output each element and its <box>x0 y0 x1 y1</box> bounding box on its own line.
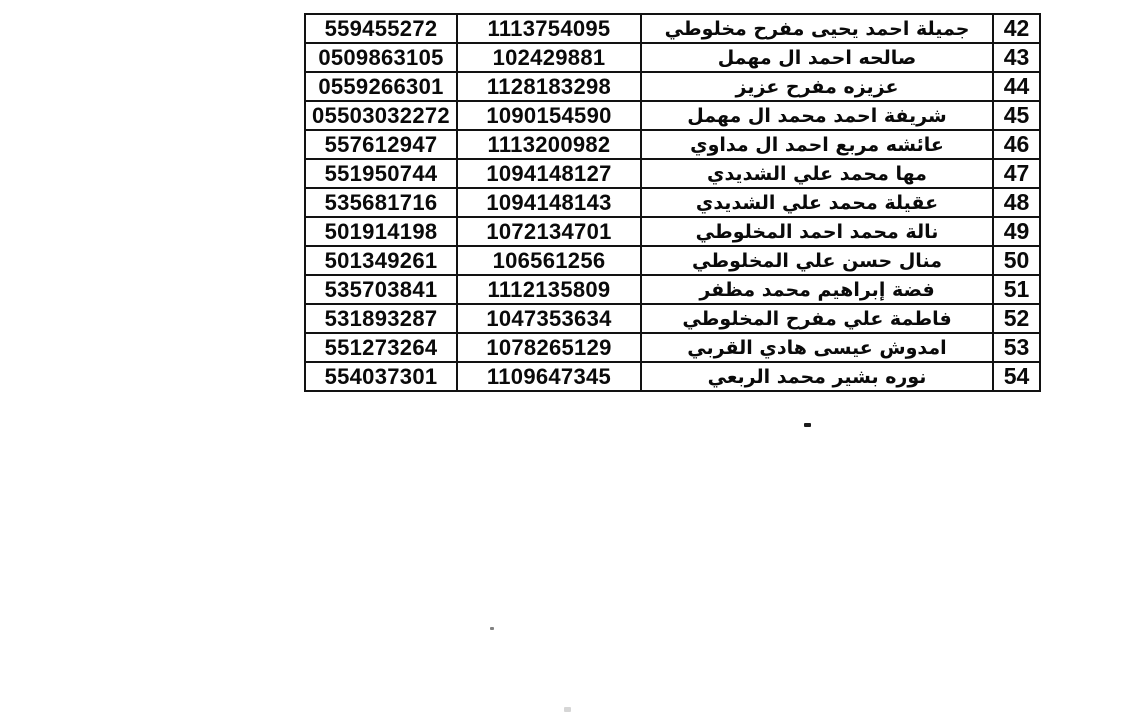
row-number-cell: 47 <box>993 159 1040 188</box>
national-id-cell: 1094148127 <box>457 159 641 188</box>
scan-artifact-speck <box>490 627 494 630</box>
name-cell: نالة محمد احمد المخلوطي <box>641 217 993 246</box>
phone-cell: 559455272 <box>305 14 457 43</box>
name-cell: عزيزه مفرح عزيز <box>641 72 993 101</box>
national-id-cell: 1113200982 <box>457 130 641 159</box>
phone-cell: 05503032272 <box>305 101 457 130</box>
national-id-cell: 1112135809 <box>457 275 641 304</box>
name-cell: فاطمة علي مفرح المخلوطي <box>641 304 993 333</box>
phone-cell: 535703841 <box>305 275 457 304</box>
name-cell: امدوش عيسى هادي القربي <box>641 333 993 362</box>
table-row: 501349261106561256منال حسن علي المخلوطي5… <box>305 246 1040 275</box>
row-number-cell: 46 <box>993 130 1040 159</box>
national-id-cell: 1128183298 <box>457 72 641 101</box>
name-cell: مها محمد علي الشديدي <box>641 159 993 188</box>
table-row: 5318932871047353634فاطمة علي مفرح المخلو… <box>305 304 1040 333</box>
phone-cell: 551950744 <box>305 159 457 188</box>
records-table-body: 5594552721113754095جميلة احمد يحيى مفرح … <box>305 14 1040 391</box>
name-cell: منال حسن علي المخلوطي <box>641 246 993 275</box>
row-number-cell: 45 <box>993 101 1040 130</box>
row-number-cell: 49 <box>993 217 1040 246</box>
national-id-cell: 1113754095 <box>457 14 641 43</box>
phone-cell: 501914198 <box>305 217 457 246</box>
phone-cell: 557612947 <box>305 130 457 159</box>
national-id-cell: 1078265129 <box>457 333 641 362</box>
table-row: 5512732641078265129امدوش عيسى هادي القرب… <box>305 333 1040 362</box>
scan-artifact-dot <box>804 423 811 427</box>
records-table: 5594552721113754095جميلة احمد يحيى مفرح … <box>304 13 1041 392</box>
phone-cell: 554037301 <box>305 362 457 391</box>
national-id-cell: 1109647345 <box>457 362 641 391</box>
row-number-cell: 50 <box>993 246 1040 275</box>
name-cell: نوره بشير محمد الربعي <box>641 362 993 391</box>
phone-cell: 535681716 <box>305 188 457 217</box>
national-id-cell: 1047353634 <box>457 304 641 333</box>
table-row: 5594552721113754095جميلة احمد يحيى مفرح … <box>305 14 1040 43</box>
name-cell: صالحه احمد ال مهمل <box>641 43 993 72</box>
name-cell: جميلة احمد يحيى مفرح مخلوطي <box>641 14 993 43</box>
phone-cell: 551273264 <box>305 333 457 362</box>
row-number-cell: 53 <box>993 333 1040 362</box>
national-id-cell: 1094148143 <box>457 188 641 217</box>
national-id-cell: 1090154590 <box>457 101 641 130</box>
row-number-cell: 48 <box>993 188 1040 217</box>
table-row: 5356817161094148143عقيلة محمد علي الشديد… <box>305 188 1040 217</box>
table-row: 055030322721090154590شريفة احمد محمد ال … <box>305 101 1040 130</box>
national-id-cell: 1072134701 <box>457 217 641 246</box>
row-number-cell: 51 <box>993 275 1040 304</box>
national-id-cell: 106561256 <box>457 246 641 275</box>
table-row: 5576129471113200982عائشه مربع احمد ال مد… <box>305 130 1040 159</box>
row-number-cell: 44 <box>993 72 1040 101</box>
phone-cell: 0509863105 <box>305 43 457 72</box>
row-number-cell: 52 <box>993 304 1040 333</box>
row-number-cell: 54 <box>993 362 1040 391</box>
table-row: 5540373011109647345نوره بشير محمد الربعي… <box>305 362 1040 391</box>
row-number-cell: 43 <box>993 43 1040 72</box>
name-cell: عائشه مربع احمد ال مداوي <box>641 130 993 159</box>
table-row: 5519507441094148127مها محمد علي الشديدي4… <box>305 159 1040 188</box>
phone-cell: 0559266301 <box>305 72 457 101</box>
scan-artifact-speck <box>564 707 571 712</box>
name-cell: عقيلة محمد علي الشديدي <box>641 188 993 217</box>
table-row: 5357038411112135809فضة إبراهيم محمد مظفر… <box>305 275 1040 304</box>
national-id-cell: 102429881 <box>457 43 641 72</box>
phone-cell: 501349261 <box>305 246 457 275</box>
name-cell: شريفة احمد محمد ال مهمل <box>641 101 993 130</box>
name-cell: فضة إبراهيم محمد مظفر <box>641 275 993 304</box>
row-number-cell: 42 <box>993 14 1040 43</box>
scanned-page: 5594552721113754095جميلة احمد يحيى مفرح … <box>0 0 1132 721</box>
table-row: 5019141981072134701نالة محمد احمد المخلو… <box>305 217 1040 246</box>
table-row: 0509863105102429881صالحه احمد ال مهمل43 <box>305 43 1040 72</box>
table-row: 05592663011128183298عزيزه مفرح عزيز44 <box>305 72 1040 101</box>
phone-cell: 531893287 <box>305 304 457 333</box>
